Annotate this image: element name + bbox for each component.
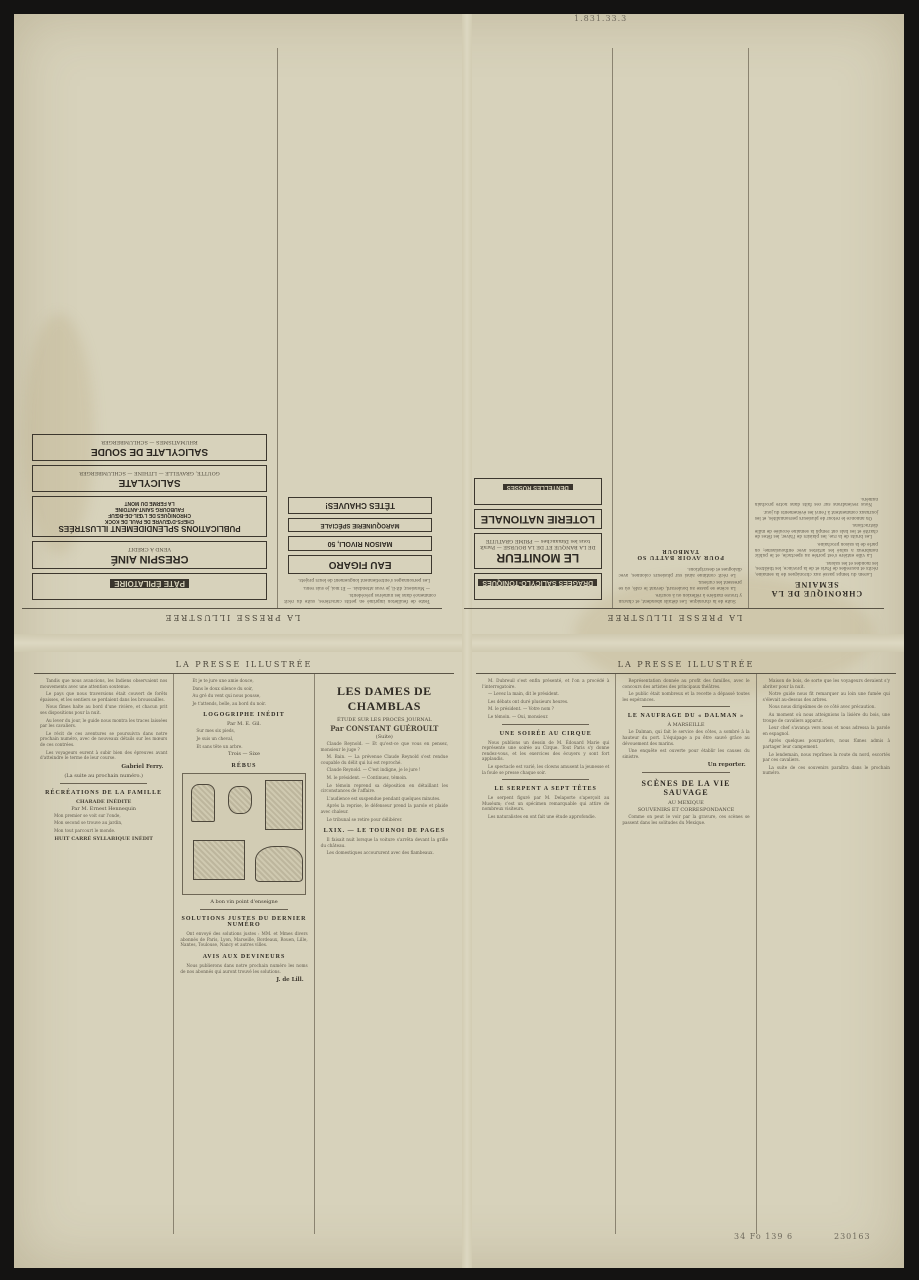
rebus-label: RÉBUS xyxy=(180,763,307,769)
advertisement: LOTERIE NATIONALE xyxy=(474,509,602,529)
article-title: UNE SOIRÉE AU CIRQUE xyxy=(482,731,609,737)
article-title: LE NAUFRAGE DU « DALMAN » xyxy=(622,713,749,719)
bottom-half: LA PRESSE ILLUSTRÉE Tandis que nous avan… xyxy=(14,654,904,1254)
advertisement: PÂTE ÉPILATOIRE xyxy=(32,573,267,600)
answer-label: Trois — Sixe xyxy=(180,751,307,757)
newspaper-sheet: 1.831.33.3 LA PRESSE ILLUSTRÉE CHRONIQUE… xyxy=(14,14,904,1268)
ads-column: DRAGÉES SALICYLO-TONIQUES LE MONITEURDE … xyxy=(464,48,612,608)
column: Tandis que nous avancions, les Indiens o… xyxy=(34,674,174,1234)
barrel-drawing xyxy=(228,786,252,814)
running-head: LA PRESSE ILLUSTRÉE xyxy=(476,654,896,674)
column: M. Dubreuil s'est enfin présenté, et l'o… xyxy=(476,674,616,1234)
advertisement: SALICYLATEGOUTTE, GRAVELLE — LITHINE — S… xyxy=(32,465,267,492)
advertisement: SALICYLATE DE SOUDERHUMATISMES — SCHLUMB… xyxy=(32,434,267,461)
article-title: LE SERPENT A SEPT TÊTES xyxy=(482,786,609,792)
chapter-subhead: LXIX. — LE TOURNOI DE PAGES xyxy=(321,828,448,834)
reporter-signature: Un reporter. xyxy=(626,762,745,768)
advertisement: DENTELLES RUSSES xyxy=(474,478,602,505)
article-subtitle: À MARSEILLE xyxy=(622,722,749,728)
top-half-inverted: LA PRESSE ILLUSTRÉE CHRONIQUE DE LA SEMA… xyxy=(14,28,904,628)
advertisement: MAISON RIVOLI, 50 xyxy=(288,536,432,551)
top-right-page: LA PRESSE ILLUSTRÉE CHRONIQUE DE LA SEMA… xyxy=(464,28,884,628)
advertisement: LE MONITEURDE LA BANQUE ET DE LA BOURSE … xyxy=(474,533,602,569)
puzzle-author: Par M. Ernest Hennequin xyxy=(40,806,167,812)
serial-part: (Suite) xyxy=(321,734,448,740)
archive-mark-bottom-right: 230163 xyxy=(834,1232,871,1241)
column: Représentation donnée au profit des fami… xyxy=(616,674,756,1234)
author-signature: Gabriel Ferry. xyxy=(44,764,163,770)
puzzle-title: CHARADE INÉDITE xyxy=(40,799,167,805)
article-title: SCÈNES DE LA VIE SAUVAGE xyxy=(622,779,749,797)
puzzle-title: LOGOGRIPHE INÉDIT xyxy=(180,712,307,718)
article-subtitle: AU MEXIQUE xyxy=(622,800,749,806)
puzzle-author: Par M. E. Gil. xyxy=(180,721,307,727)
advertisement: MAROQUINERIE SPÉCIALE xyxy=(288,518,432,532)
solutions-title: SOLUTIONS JUSTES DU DERNIER NUMÉRO xyxy=(180,916,307,928)
article-byline: SOUVENIRS ET CORRESPONDANCE xyxy=(622,807,749,813)
painter-easel-drawing xyxy=(265,780,303,830)
archive-mark-bottom-left: 34 Fo 139 6 xyxy=(734,1232,793,1241)
puzzle-footer: HUIT CARRÉ SYLLABIQUE INÉDIT xyxy=(40,836,167,842)
top-left-page: LA PRESSE ILLUSTRÉE Texte de feuilleton … xyxy=(22,28,442,628)
animal-drawing xyxy=(255,846,303,882)
article-heading: POUR AVOIR BATTU SO TAMBOUR xyxy=(619,548,742,560)
column: Maison de bois, de sorte que les voyageu… xyxy=(757,674,896,1234)
advertisement: PUBLICATIONS SPLENDIDEMENT ILLUSTRÉESCHE… xyxy=(32,496,267,537)
running-head: LA PRESSE ILLUSTRÉE xyxy=(34,654,454,674)
continuation-note: (La suite au prochain numéro.) xyxy=(40,773,167,779)
column: LES DAMES DE CHAMBLAS ÉTUDE SUR LES PROC… xyxy=(315,674,454,1234)
ads-column: PÂTE ÉPILATOIRE CRESPIN AINÉVEND À CRÉDI… xyxy=(22,48,277,608)
column: Suite de la chronique. Les détails abond… xyxy=(612,48,748,608)
advertisement: EAU FIGARO xyxy=(288,555,432,574)
notice-signature: J. de Lill. xyxy=(184,977,303,983)
serial-title: LES DAMES DE CHAMBLAS xyxy=(321,684,448,714)
rebus-caption: A bon vin point d'enseigne xyxy=(180,899,307,905)
advertisement: CRESPIN AINÉVEND À CRÉDIT xyxy=(32,541,267,569)
column: CHRONIQUE DE LA SEMAINE Lorem du temps p… xyxy=(748,48,884,608)
serial-author: Par CONSTANT GUÉROULT xyxy=(321,724,448,733)
rebus-illustration xyxy=(182,773,305,895)
notice-title: AVIS AUX DEVINEURS xyxy=(180,954,307,960)
section-title: RÉCRÉATIONS DE LA FAMILLE xyxy=(40,790,167,796)
horizontal-fold xyxy=(14,634,904,652)
cottage-drawing xyxy=(193,840,245,880)
armchair-drawing xyxy=(191,784,215,822)
bottom-right-page: LA PRESSE ILLUSTRÉE M. Dubreuil s'est en… xyxy=(476,654,896,1254)
archive-mark-top: 1.831.33.3 xyxy=(574,14,627,23)
article-heading: CHRONIQUE DE LA SEMAINE xyxy=(755,580,878,598)
running-head: LA PRESSE ILLUSTRÉE xyxy=(464,608,884,628)
advertisement: DRAGÉES SALICYLO-TONIQUES xyxy=(474,573,602,600)
advertisement: TÊTES CHAUVES! xyxy=(288,497,432,514)
bottom-left-page: LA PRESSE ILLUSTRÉE Tandis que nous avan… xyxy=(34,654,454,1254)
column: Texte de feuilleton imprimé en petits ca… xyxy=(277,48,442,608)
column: Et je te jure une amie douce,Dans le dou… xyxy=(174,674,314,1234)
running-head: LA PRESSE ILLUSTRÉE xyxy=(22,608,442,628)
serial-subtitle: ÉTUDE SUR LES PROCÈS JOURNAL xyxy=(321,717,448,723)
